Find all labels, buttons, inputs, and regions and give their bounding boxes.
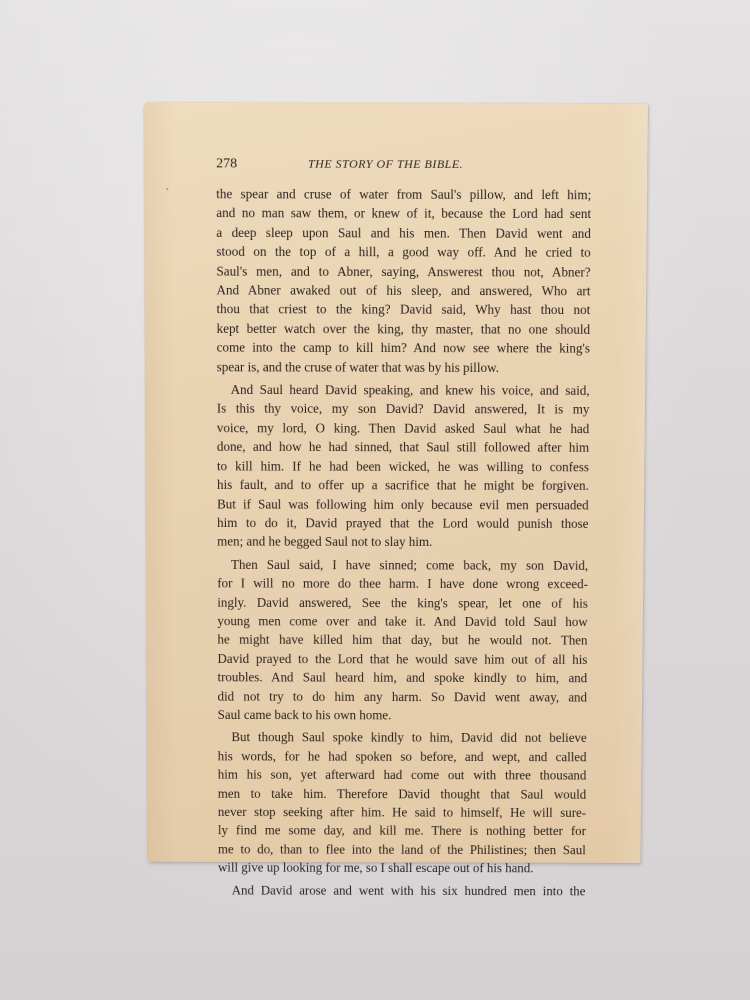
text-line: a deep sleep upon Saul and his men. Then… (216, 223, 591, 243)
text-line: spear is, and the cruse of water that wa… (217, 357, 590, 377)
text-line: stood on the top of a hill, a good way o… (216, 242, 590, 262)
text-line: Saul came back to his own home. (218, 705, 587, 725)
text-line: And David arose and went with his six hu… (218, 881, 585, 900)
text-line: Is this thy voice, my son David? David a… (217, 399, 590, 419)
paragraph: the spear and cruse of water from Saul's… (216, 184, 591, 377)
paragraph: But though Saul spoke kindly to him, Dav… (218, 728, 587, 878)
text-line: will give up looking for me, so I shall … (218, 858, 586, 877)
text-line: And Saul heard David speaking, and knew … (217, 380, 590, 400)
text-line: his fault, and to offer up a sacrifice t… (217, 475, 589, 495)
text-line: done, and how he had sinned, that Saul s… (217, 437, 589, 457)
text-line: men to take him. Therefore David thought… (218, 784, 587, 804)
text-line: did not try to do him any harm. So David… (218, 687, 588, 707)
text-line: him his son, yet afterward had come out … (218, 765, 587, 785)
page-number: 278 (216, 156, 237, 172)
paper-speck (408, 791, 409, 794)
text-line: his words, for he had spoken so before, … (218, 747, 587, 767)
text-line: and no man saw them, or knew of it, beca… (216, 204, 591, 224)
text-line: to kill him. If he had been wicked, he w… (217, 456, 589, 476)
text-line: ly find me some day, and kill me. There … (218, 821, 586, 841)
text-line: Then Saul said, I have sinned; come back… (217, 555, 588, 575)
text-line: But if Saul was following him only becau… (217, 494, 589, 514)
text-line: he might have killed him that day, but h… (217, 630, 587, 650)
body-text: the spear and cruse of water from Saul's… (216, 184, 591, 900)
text-line: for I will no more do thee harm. I have … (217, 574, 588, 594)
text-line: kept better watch over the king, thy mas… (217, 319, 591, 339)
paragraph: Then Saul said, I have sinned; come back… (217, 555, 588, 725)
text-line: him to do it, David prayed that the Lord… (217, 513, 589, 533)
running-title: THE STORY OF THE BIBLE. (308, 157, 463, 172)
paragraph: And David arose and went with his six hu… (218, 881, 585, 900)
running-head: 278 THE STORY OF THE BIBLE. (216, 156, 583, 175)
paragraph: And Saul heard David speaking, and knew … (217, 380, 590, 552)
book-page: 278 THE STORY OF THE BIBLE. the spear an… (144, 102, 648, 863)
text-line: thou that criest to the king? David said… (217, 300, 591, 320)
text-line: David prayed to the Lord that he would s… (217, 649, 587, 669)
text-line: young men come over and take it. And Dav… (217, 612, 587, 632)
text-line: the spear and cruse of water from Saul's… (216, 184, 591, 204)
text-line: troubles. And Saul heard him, and spoke … (217, 668, 587, 688)
text-line: voice, my lord, O king. Then David asked… (217, 418, 590, 438)
text-line: Saul's men, and to Abner, saying, Answer… (216, 261, 590, 281)
text-line: come into the camp to kill him? And now … (217, 338, 590, 358)
text-line: men; and he begged Saul not to slay him. (217, 532, 588, 552)
text-line: And Abner awaked out of his sleep, and a… (216, 281, 590, 301)
paper-speck (166, 188, 168, 190)
text-line: never stop seeking after him. He said to… (218, 803, 586, 823)
text-line: me to do, than to flee into the land of … (218, 840, 586, 860)
text-line: But though Saul spoke kindly to him, Dav… (218, 728, 587, 748)
text-line: ingly. David answered, See the king's sp… (217, 593, 588, 613)
